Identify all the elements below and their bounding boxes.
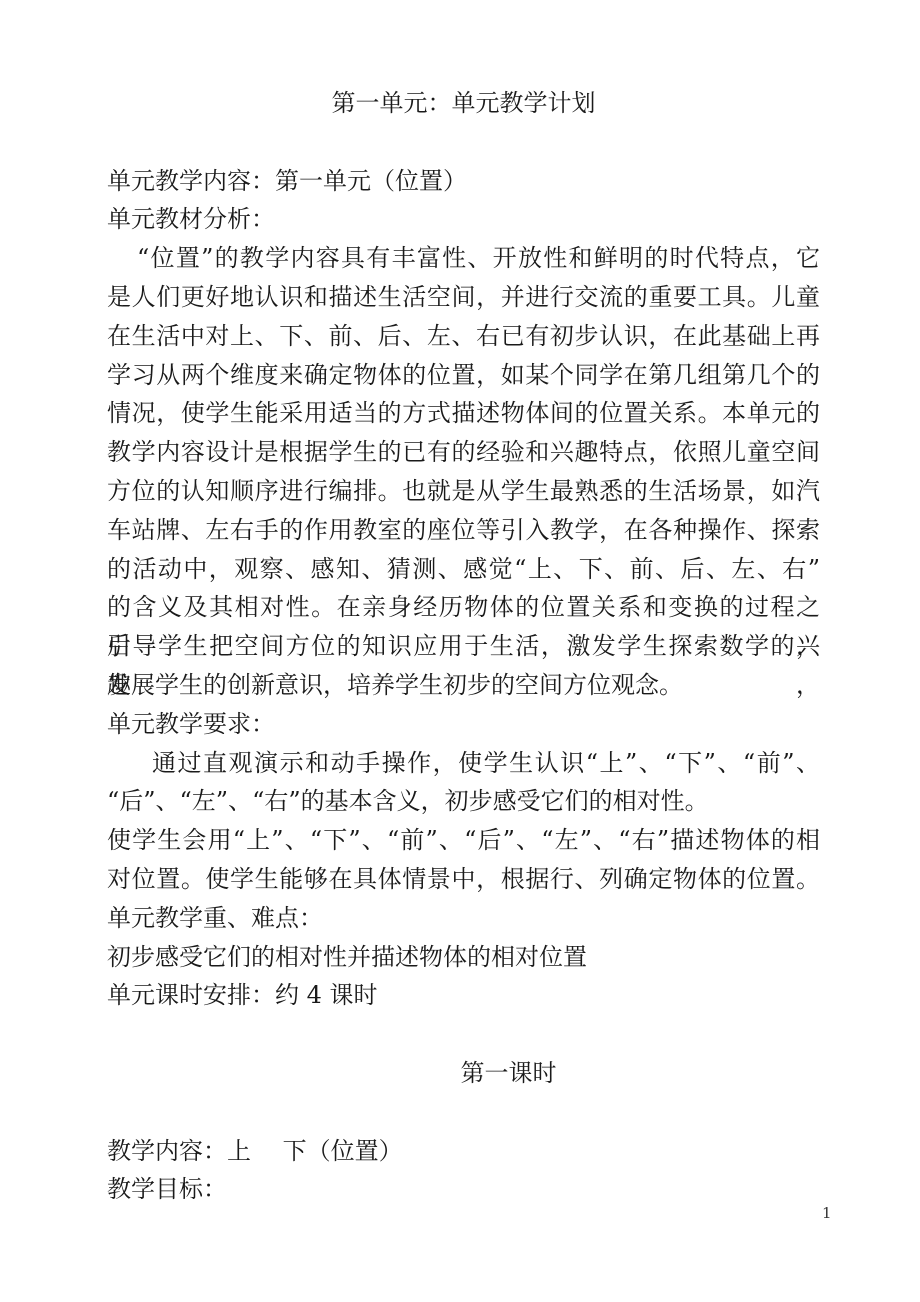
- document-line: “后”、“左”、“右”的基本含义，初步感受它们的相对性。: [107, 782, 820, 821]
- document-line: 教学内容设计是根据学生的已有的经验和兴趣特点，依照儿童空间: [107, 433, 820, 472]
- document-line: 教学目标：: [107, 1170, 820, 1209]
- document-page: 第一单元：单元教学计划 单元教学内容：第一单元（位置）单元教材分析：“位置”的教…: [0, 0, 920, 1302]
- document-line: 是人们更好地认识和描述生活空间，并进行交流的重要工具。儿童: [107, 278, 820, 317]
- document-line: 使学生会用“上”、“下”、“前”、“后”、“左”、“右”描述物体的相: [107, 821, 820, 860]
- document-line: 第一课时: [107, 1054, 820, 1093]
- document-content: 第一单元：单元教学计划 单元教学内容：第一单元（位置）单元教材分析：“位置”的教…: [107, 84, 820, 1209]
- page-number: 1: [822, 1204, 832, 1222]
- document-line: 单元教学重、难点：: [107, 899, 820, 938]
- document-line: 引导学生把空间方位的知识应用于生活，激发学生探索数学的兴趣，: [107, 627, 820, 666]
- document-line: 在生活中对上、下、前、后、左、右已有初步认识，在此基础上再: [107, 317, 820, 356]
- document-title: 第一单元：单元教学计划: [107, 84, 820, 123]
- document-line: 学习从两个维度来确定物体的位置，如某个同学在第几组第几个的: [107, 356, 820, 395]
- document-line: 车站牌、左右手的作用教室的座位等引入教学，在各种操作、探索: [107, 511, 820, 550]
- spacer-line: [107, 123, 820, 162]
- document-line: “位置”的教学内容具有丰富性、开放性和鲜明的时代特点，它: [107, 239, 820, 278]
- document-line: 的含义及其相对性。在亲身经历物体的位置关系和变换的过程之后，: [107, 588, 820, 627]
- document-line: 教学内容：上 下（位置）: [107, 1132, 820, 1171]
- document-line: 的活动中，观察、感知、猜测、感觉“上、下、前、后、左、右”: [107, 550, 820, 589]
- blank-line: [107, 1093, 820, 1132]
- document-line: 单元教学要求：: [107, 705, 820, 744]
- blank-line: [107, 1015, 820, 1054]
- document-line: 通过直观演示和动手操作，使学生认识“上”、“下”、“前”、: [107, 744, 820, 783]
- document-body: 单元教学内容：第一单元（位置）单元教材分析：“位置”的教学内容具有丰富性、开放性…: [107, 162, 820, 1210]
- document-line: 单元教学内容：第一单元（位置）: [107, 162, 820, 201]
- document-line: 情况，使学生能采用适当的方式描述物体间的位置关系。本单元的: [107, 394, 820, 433]
- document-line: 方位的认知顺序进行编排。也就是从学生最熟悉的生活场景，如汽: [107, 472, 820, 511]
- document-line: 单元课时安排：约 4 课时: [107, 976, 820, 1015]
- document-line: 单元教材分析：: [107, 200, 820, 239]
- document-line: 对位置。使学生能够在具体情景中，根据行、列确定物体的位置。: [107, 860, 820, 899]
- document-line: 初步感受它们的相对性并描述物体的相对位置: [107, 938, 820, 977]
